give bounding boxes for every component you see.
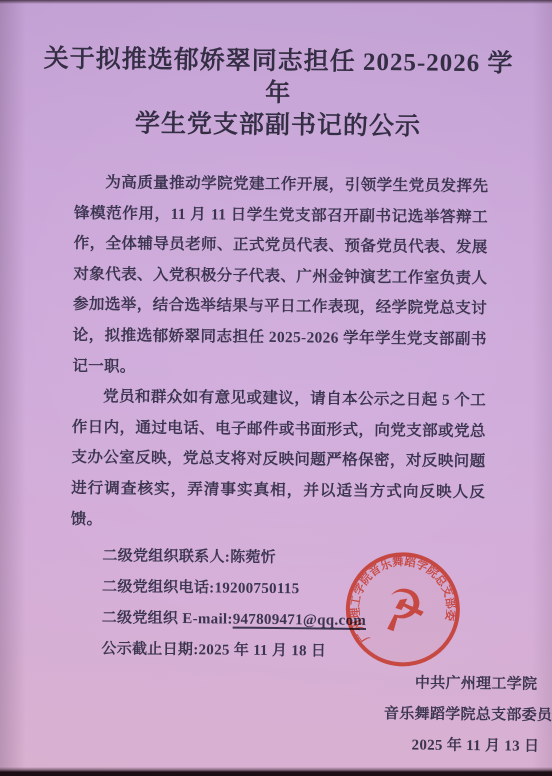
notice-title: 关于拟推选郁娇翠同志担任 2025-2026 学年 学生党支部副书记的公示 <box>32 43 525 144</box>
notice-page: 关于拟推选郁娇翠同志担任 2025-2026 学年 学生党支部副书记的公示 为高… <box>0 0 552 776</box>
photo-of-notice: 关于拟推选郁娇翠同志担任 2025-2026 学年 学生党支部副书记的公示 为高… <box>0 0 552 776</box>
signature-block: 中共广州理工学院 音乐舞蹈学院总支部委员会 2025 年 11 月 13 日 <box>350 668 552 764</box>
paragraph-feedback-instructions: 党员和群众如有意见或建议，请自本公示之日起 5 个工作日内，通过电话、电子邮件或… <box>71 382 487 539</box>
email-label: 二级党组织 E-mail: <box>102 610 233 627</box>
contact-liaison-line: 二级党组织联系人:陈菀忻 <box>102 541 484 576</box>
notice-body: 为高质量推动学院党建工作开展，引领学生党员发挥先锋模范作用，11 月 11 日学… <box>68 168 488 762</box>
signature-org-line-1: 中共广州理工学院 <box>351 668 552 702</box>
contact-email-line: 二级党组织 E-mail:947809471@qq.com <box>102 603 484 638</box>
signature-org-line-2: 音乐舞蹈学院总支部委员会 <box>351 699 552 733</box>
paragraph-election-process: 为高质量推动学院党建工作开展，引领学生党员发挥先锋模范作用，11 月 11 日学… <box>72 168 488 386</box>
contact-phone-line: 二级党组织电话:19200750115 <box>102 572 484 607</box>
title-line-1: 关于拟推选郁娇翠同志担任 2025-2026 学年 <box>32 43 525 112</box>
signature-date: 2025 年 11 月 13 日 <box>350 730 552 764</box>
contact-block: 二级党组织联系人:陈菀忻 二级党组织电话:19200750115 二级党组织 E… <box>69 541 484 669</box>
title-line-2: 学生党支部副书记的公示 <box>32 107 524 144</box>
email-address: 947809471@qq.com <box>233 612 367 629</box>
deadline-line: 公示截止日期:2025 年 11 月 18 日 <box>101 634 483 669</box>
